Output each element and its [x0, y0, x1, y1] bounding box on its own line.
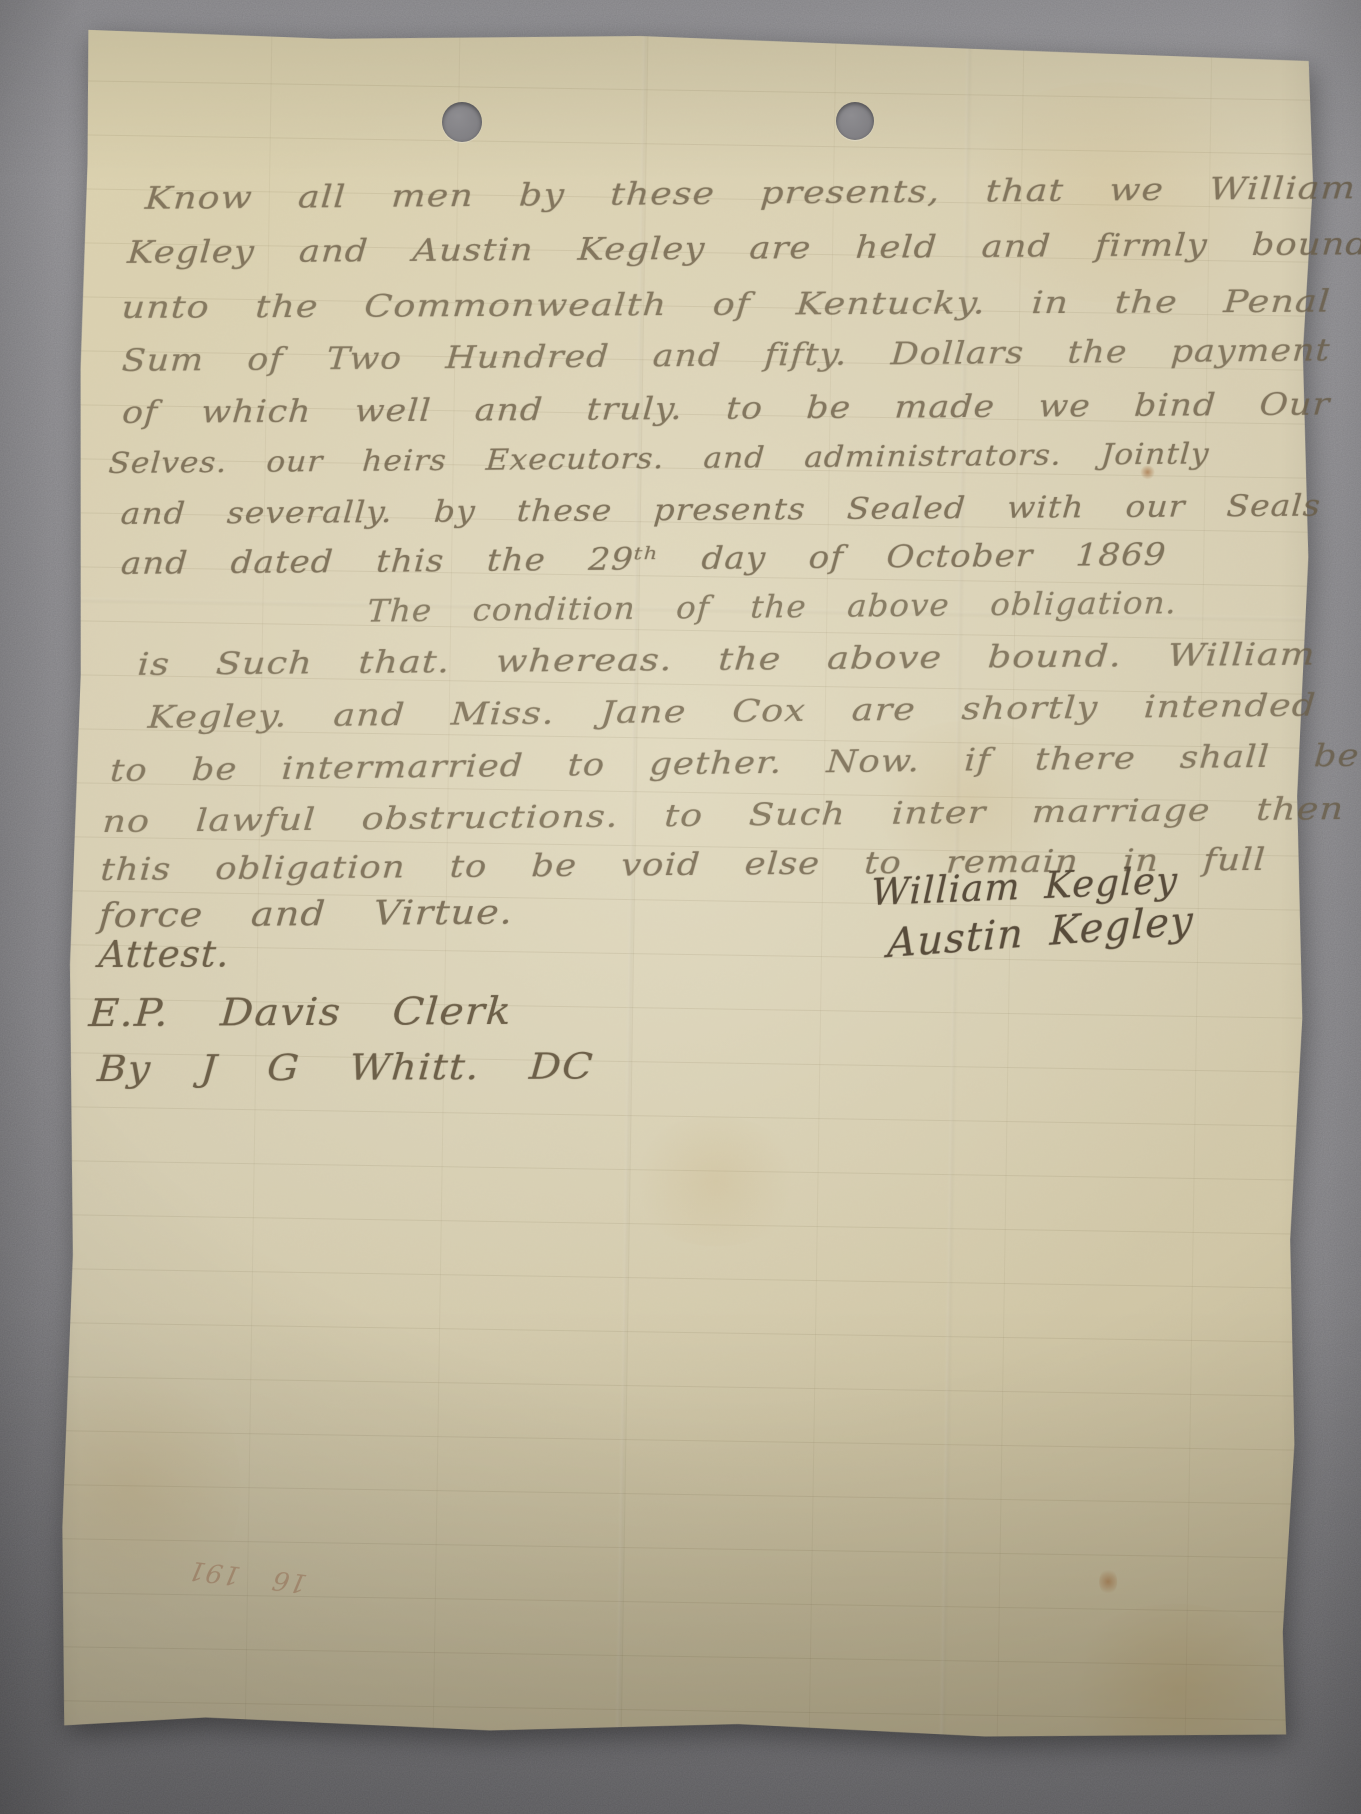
- handwriting-line: Selves. our heirs Executors. and adminis…: [107, 436, 1210, 480]
- handwriting-line: Kegley. and Miss. Jane Cox are shortly i…: [147, 688, 1318, 736]
- handwriting-line: Know all men by these presents, that we …: [144, 170, 1357, 217]
- handwriting-line: and dated this the 29ᵗʰ day of October 1…: [120, 537, 1168, 582]
- handwriting-line: force and Virtue.: [97, 892, 514, 936]
- handwriting-line: The condition of the above obligation.: [366, 585, 1178, 630]
- handwriting-line: no lawful obstructions. to Such inter ma…: [101, 791, 1345, 840]
- handwriting-line: to be intermarried to gether. Now. if th…: [109, 738, 1361, 789]
- photo-frame: Know all men by these presents, that we …: [0, 0, 1361, 1814]
- deputy-clerk-line: By J G Whitt. DC: [96, 1046, 595, 1090]
- handwriting-line: unto the Commonwealth of Kentucky. in th…: [120, 284, 1331, 326]
- faint-pencil-notation: 16 191: [185, 1555, 309, 1598]
- handwriting-line: Sum of Two Hundred and fifty. Dollars th…: [121, 332, 1332, 379]
- handwriting-line: and severally. by these presents Sealed …: [120, 489, 1322, 532]
- body-text-block: Know all men by these presents, that we …: [0, 0, 1356, 4]
- attest-line: Attest.: [97, 932, 231, 976]
- handwritten-ink-layer: Know all men by these presents, that we …: [0, 0, 1361, 1814]
- clerk-signature-line: E.P. Davis Clerk: [88, 989, 514, 1035]
- handwriting-line: of which well and truly. to be made we b…: [121, 386, 1331, 430]
- handwriting-line: is Such that. whereas. the above bound. …: [136, 637, 1316, 683]
- handwriting-line: Kegley and Austin Kegley are held and fi…: [126, 226, 1361, 271]
